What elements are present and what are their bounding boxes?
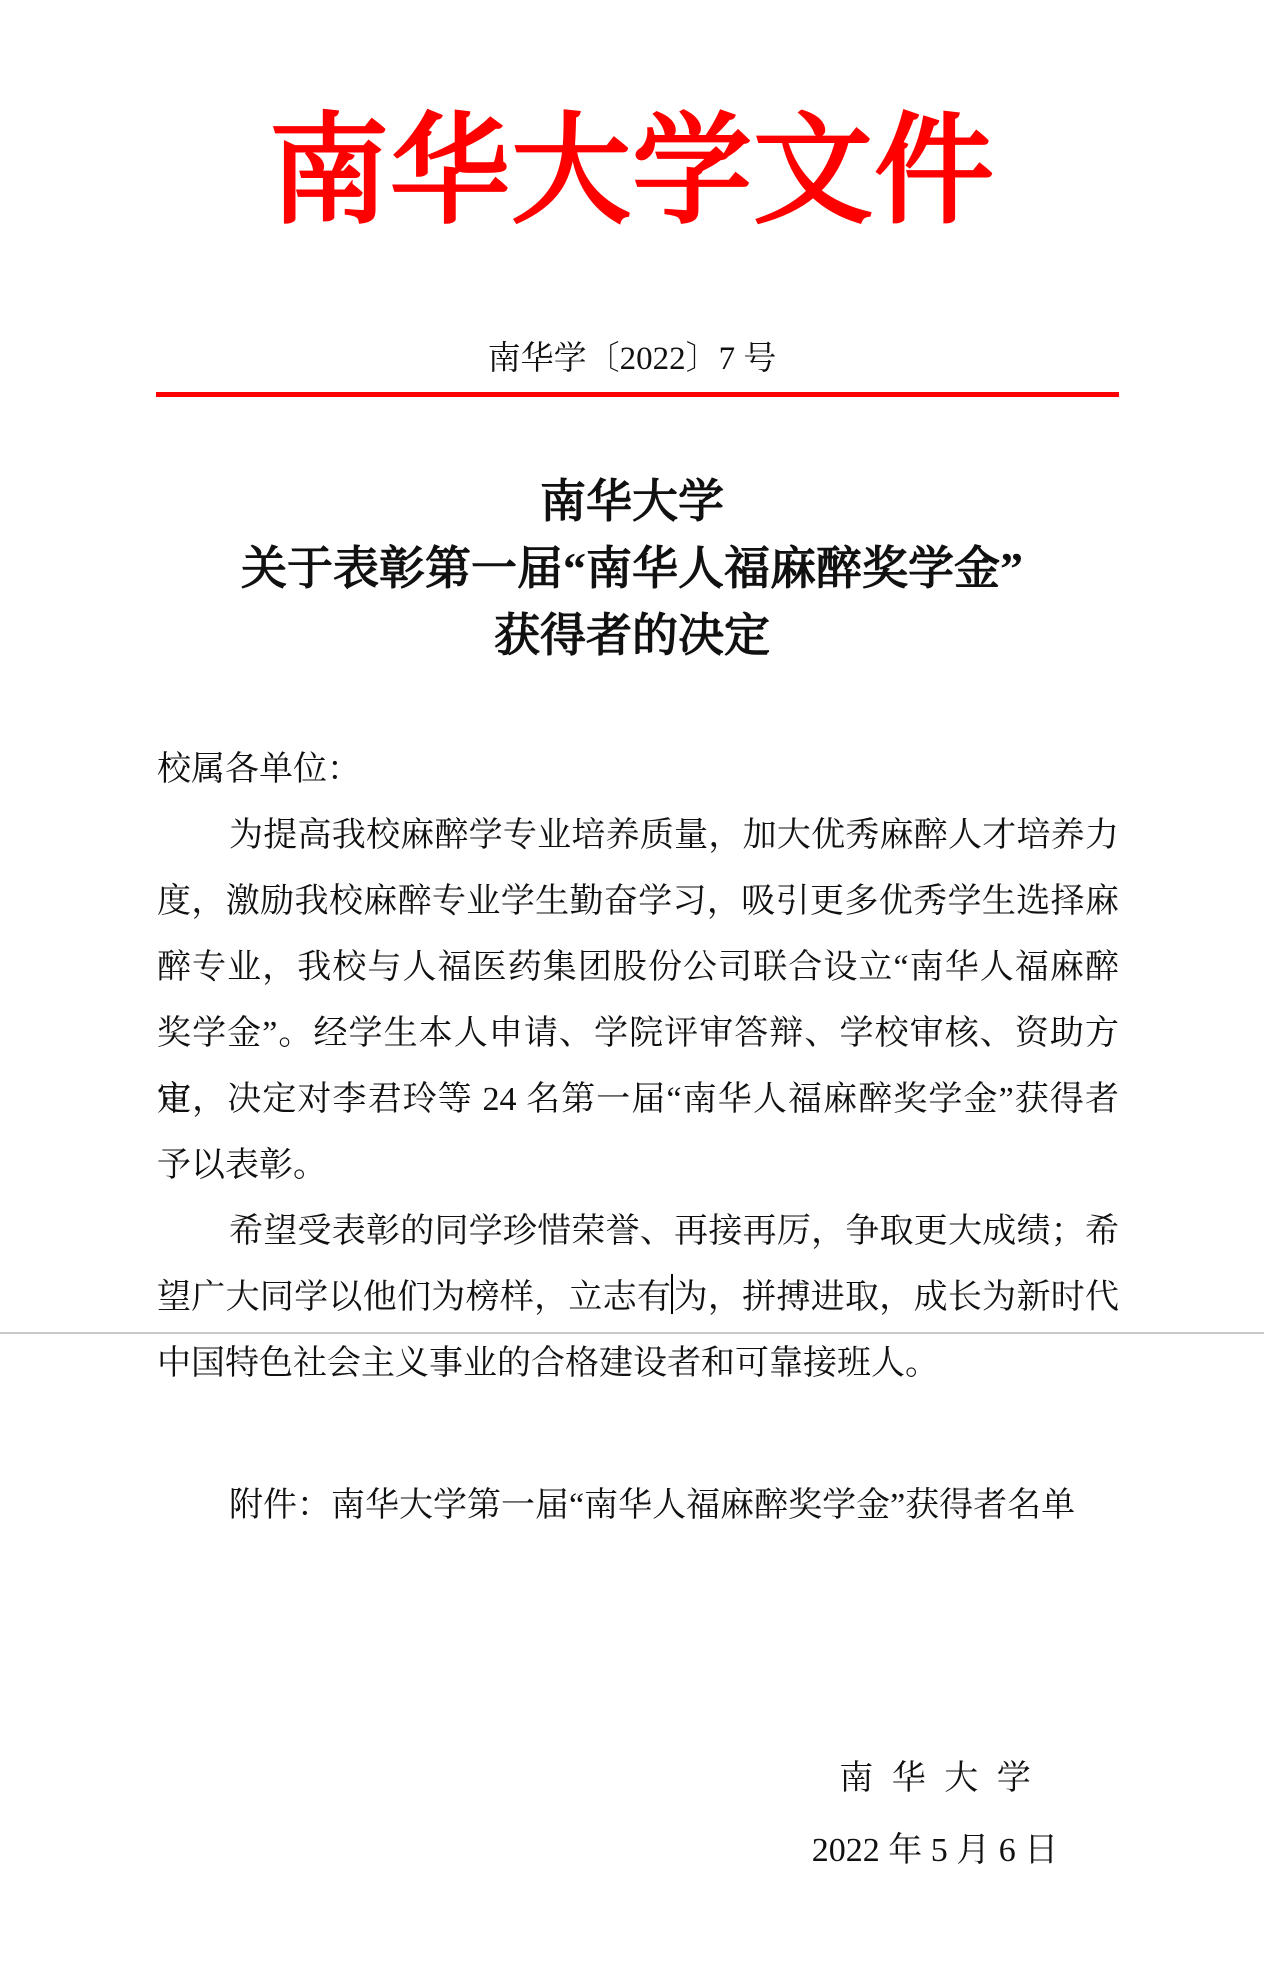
paragraph1-line[interactable]: 定，决定对李君玲等 24 名第一届“南华人福麻醉奖学金”获得者 (157, 1067, 1119, 1133)
paragraph2-line[interactable]: 希望受表彰的同学珍惜荣誉、再接再厉，争取更大成绩；希 (157, 1199, 1119, 1265)
paragraph1-line[interactable]: 奖学金”。经学生本人申请、学院评审答辩、学校审核、资助方审 (157, 1001, 1119, 1067)
decision-title-line3[interactable]: 获得者的决定 (0, 602, 1264, 669)
paragraph1-line[interactable]: 为提高我校麻醉学专业培养质量，加大优秀麻醉人才培养力 (157, 803, 1119, 869)
signature-block: 南 华 大 学 2022 年 5 月 6 日 (740, 1743, 1130, 1887)
paragraph1-line[interactable]: 度，激励我校麻醉专业学生勤奋学习，吸引更多优秀学生选择麻 (157, 869, 1119, 935)
paragraph2-line[interactable]: 中国特色社会主义事业的合格建设者和可靠接班人。 (157, 1331, 1119, 1397)
signer-name[interactable]: 南 华 大 学 (740, 1743, 1130, 1815)
decision-title-line1[interactable]: 南华大学 (0, 468, 1264, 535)
paragraph2-text-before-cursor: 望广大同学以他们为榜样，立志有 (157, 1279, 671, 1316)
document-page: 南华大学文件 南华学〔2022〕7 号 南华大学 关于表彰第一届“南华人福麻醉奖… (0, 0, 1264, 1964)
decision-title-line2[interactable]: 关于表彰第一届“南华人福麻醉奖学金” (0, 535, 1264, 602)
paragraph1-line[interactable]: 醉专业，我校与人福医药集团股份公司联合设立“南华人福麻醉 (157, 935, 1119, 1001)
issue-date[interactable]: 2022 年 5 月 6 日 (740, 1815, 1130, 1887)
paragraph2-text-after-cursor: 为，拼搏进取，成长为新时代 (673, 1279, 1119, 1316)
decision-title: 南华大学 关于表彰第一届“南华人福麻醉奖学金” 获得者的决定 (0, 468, 1264, 669)
page-break-line (0, 1332, 1264, 1334)
paragraph2-line[interactable]: 望广大同学以他们为榜样，立志有为，拼搏进取，成长为新时代 (157, 1265, 1119, 1331)
letterhead-title[interactable]: 南华大学文件 (0, 100, 1264, 244)
paragraph1-line[interactable]: 予以表彰。 (157, 1133, 1119, 1199)
salutation-line[interactable]: 校属各单位： (157, 737, 1119, 803)
letterhead-divider-line (156, 392, 1119, 397)
document-body: 校属各单位： 为提高我校麻醉学专业培养质量，加大优秀麻醉人才培养力 度，激励我校… (157, 737, 1119, 1397)
document-number[interactable]: 南华学〔2022〕7 号 (0, 338, 1264, 381)
attachment-note[interactable]: 附件：南华大学第一届“南华人福麻醉奖学金”获得者名单 (157, 1473, 1119, 1539)
